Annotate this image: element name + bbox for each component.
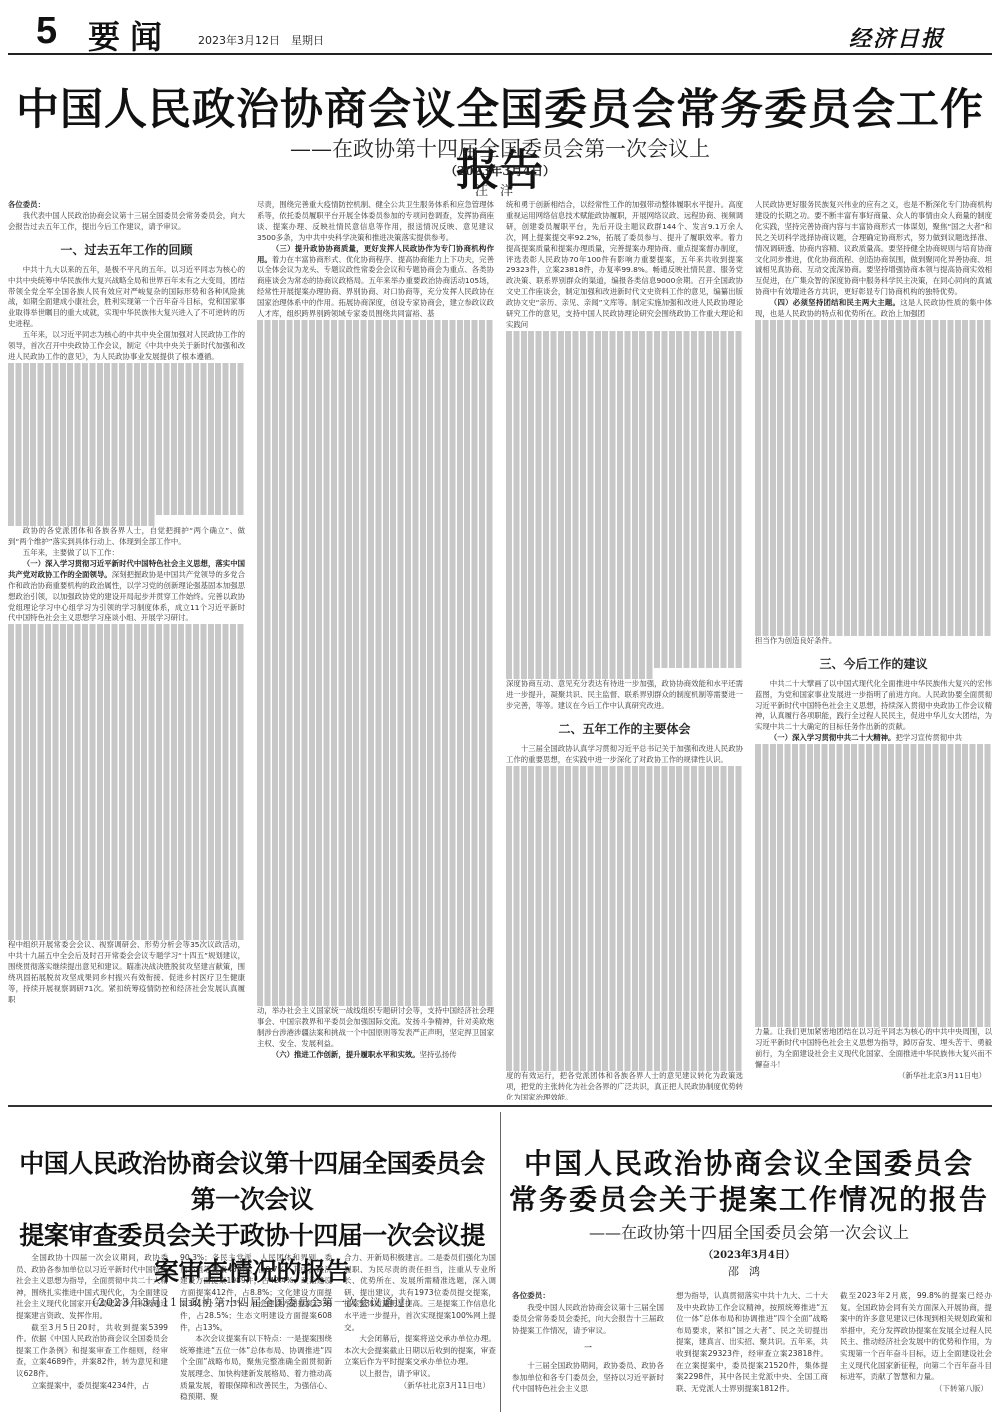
text-line [506,440,743,451]
text-line [8,624,245,635]
text-line [257,418,494,429]
paragraph: 90.3%；各民主党派、人民团体和界别、委员小组等提案455件，占9.7%。其中… [180,1252,332,1333]
text-line [755,462,992,473]
text-line [755,897,992,908]
text-line [8,701,245,712]
column-3: 合力、开新局积极建言。二是委员们强化为国履职、为民尽责的责任担当，注重从专业所长… [344,1252,496,1417]
text-line [755,527,992,538]
text-line [755,581,992,592]
text-line [257,984,494,995]
text-line [257,516,494,527]
dateline: （新华社北京3月11日电） [344,1380,496,1392]
text-line [8,755,245,766]
text-line [8,363,245,374]
text-line [755,407,992,418]
paragraph: 大会闭幕后，提案将送交承办单位办理。本次大会提案截止日期以后收到的提案，审查立案… [344,1333,496,1368]
dateline: （新华社北京3月11日电） [755,1071,992,1082]
paragraph: 程中组织开展常委会会议、视察调研会、形势分析会等35次议政活动，中共十九届五中全… [8,940,245,1005]
newspaper-logo: 经济日报 [849,22,945,53]
text-line [257,385,494,396]
paragraph: 十三届全国政协期间，政协委员、政协各参加单位和各专门委员会，坚持以习近平新时代中… [512,1360,664,1395]
text-line [8,744,245,755]
section-heading-1: 一、过去五年工作的回顾 [8,242,245,258]
text-line [755,440,992,451]
text-line [257,451,494,462]
text-line [755,331,992,342]
text-line [755,614,992,625]
text-line [8,733,245,744]
paragraph: 五年来，以习近平同志为核心的中共中央全面加强对人民政协工作的领导，首次召开中央政… [8,330,245,363]
paragraph: 以上报告，请予审议。 [344,1368,496,1380]
text-line [257,396,494,407]
text-line [257,505,494,516]
column-1: 全国政协十四届一次会议期间，政协委员、政协各参加单位以习近平新时代中国特色社会主… [16,1252,168,1417]
text-line [755,929,992,940]
text-line [755,788,992,799]
text-line [8,679,245,690]
text-line [257,766,494,777]
text-line [506,668,653,679]
text-line [755,875,992,886]
text-line [8,472,245,483]
continued-note: （下转第八版） [840,1383,992,1395]
text-line [755,766,992,777]
text-line [8,853,245,864]
text-line [257,886,494,897]
paragraph: 我受中国人民政治协商会议第十三届全国委员会常务委员会委托，向大会报告十三届政协提… [512,1302,664,1337]
text-line [755,429,992,440]
article-subtitle: ——在政协第十四届全国委员会第一次会议上 [506,1220,992,1243]
text-line [8,766,245,777]
text-line [506,831,743,842]
text-line [8,450,245,461]
paragraph: 十三届全国政协认真学习贯彻习近平总书记关于加强和改进人民政协工作的重要思想，在实… [506,744,743,766]
paragraph: 度的有效运行，把各党派团体和各族各界人士的意见建议转化为政策选项，把党的主张转化… [506,1071,743,1100]
text-line [755,973,992,984]
text-line [506,940,743,951]
paragraph-lead: （六）推进工作创新，提升履职水平和实效。 [272,1050,420,1059]
paragraph: 力量。让我们更加紧密地团结在以习近平同志为核心的中共中央周围，以习近平新时代中国… [755,1027,992,1071]
text-line [755,603,992,614]
text-line [755,842,992,853]
article-body: 各位委员： 我受中国人民政治协商会议第十三届全国委员会常务委员会委托，向大会报告… [512,1290,992,1415]
text-line [257,668,494,679]
text-line [506,766,743,777]
text-line [8,897,245,908]
text-line [755,560,992,571]
text-line [8,820,245,831]
text-line [506,1006,743,1017]
text-line [257,941,494,952]
text-line [8,777,245,788]
paragraph: 动，举办社会主义国家统一战线组织专题研讨会等，支持中国经济社会理事会、中国宗教界… [257,1006,494,1050]
paragraph: 深度协商互动、意见充分表达有待进一步加强，政协协商效能和水平还需进一步提升，凝聚… [506,679,743,712]
text-line [506,647,743,658]
text-line [257,342,494,353]
paragraph: 想为指导，认真贯彻落实中共十九大、二十大及中央政协工作会议精神，按照统筹推进“五… [676,1290,828,1394]
text-line [257,843,494,854]
main-column-2: 尽责，围绕完善重大疫情防控机制、健全公共卫生服务体系和应急管理体系等，依托委员履… [257,200,494,1100]
text-line [8,494,245,505]
text-line [506,353,743,364]
section-heading-3: 三、今后工作的建议 [755,656,992,672]
text-line [755,1016,992,1027]
issue-date: 2023年3月12日 星期日 [198,32,324,48]
text-line [506,853,743,864]
article-author: 邵鸿 [506,1263,992,1279]
main-article-body: 各位委员： 我代表中国人民政治协商会议第十三届全国委员会常务委员会，向大会报告过… [8,200,992,1100]
text-line [506,875,743,886]
text-line [8,722,245,733]
text-line [755,995,992,1006]
text-line [257,788,494,799]
text-line [755,1006,992,1017]
text-line [8,439,245,450]
title-line-2: 常务委员会关于提案工作情况的报告 [506,1182,992,1218]
text-line [506,1027,743,1038]
text-line [755,853,992,864]
paragraph: （四）必须坚持团结和民主两大主题。这是人民政协性质的集中体现，也是人民政协的特点… [755,298,992,320]
text-line [755,418,992,429]
text-line [257,581,494,592]
text-line [8,396,245,407]
article-body: 全国政协十四届一次会议期间，政协委员、政协各参加单位以习近平新时代中国特色社会主… [16,1252,496,1417]
text-line [506,505,743,516]
text-line [257,603,494,614]
text-line [257,821,494,832]
text-line [257,919,494,930]
page-number: 5 [36,10,57,53]
text-line [755,777,992,788]
text-line [257,756,494,767]
text-line [506,570,743,581]
text-line [755,918,992,929]
text-line [8,875,245,886]
salutation: 各位委员： [512,1290,664,1302]
paragraph: 政协的各党派团体和各族各界人士，自觉把拥护“两个确立”、做到“两个维护”落实到具… [8,526,245,548]
text-line [257,636,494,647]
text-line [506,777,743,788]
text-line [506,472,743,483]
text-line [257,560,494,571]
paragraph: 五年来，主要做了以下工作： [8,548,245,559]
paragraph: 合力、开新局积极建言。二是委员们强化为国履职、为民尽责的责任担当，注重从专业所长… [344,1252,496,1333]
text-line [257,854,494,865]
paragraph: 中共二十大擘画了以中国式现代化全面推进中华民族伟大复兴的宏伟蓝图，为党和国家事业… [755,679,992,734]
main-article-subtitle: ——在政协第十四届全国委员会第一次会议上 [0,133,1000,163]
text-line [8,929,245,940]
text-line [257,320,494,331]
text-line [257,745,494,756]
article-date: （2023年3月4日） [506,1246,992,1261]
text-line [8,886,245,897]
text-line [8,657,245,668]
paragraph-lead: （一）深入学习贯彻中共二十大精神。 [770,733,896,742]
text-line [755,744,992,755]
text-line [506,462,743,473]
text-line [257,799,494,810]
text-line [755,864,992,875]
text-line [506,625,743,636]
text-line [8,417,245,428]
text-line [257,647,494,658]
text-line [257,810,494,821]
text-line [257,527,494,538]
text-line [755,809,992,820]
text-line [755,592,992,603]
main-article-date: （2023年3月4日） [0,162,1000,179]
salutation: 各位委员： [8,200,245,211]
text-line [755,396,992,407]
text-line [506,374,743,385]
masthead: 5 要闻 2023年3月12日 星期日 经济日报 [0,0,1000,56]
text-line [257,364,494,375]
text-line [8,461,245,472]
main-column-3: 统和勇于创新相结合，以经常性工作的加强带动整体履职水平提升。高度重视运用网络信息… [506,200,743,1100]
text-line [506,864,743,875]
main-article-author: 汪洋 [0,180,1000,199]
text-line [8,788,245,799]
text-line [755,549,992,560]
text-line [8,646,245,657]
text-line [506,1038,743,1049]
text-line [506,995,743,1006]
column-2: 90.3%；各民主党派、人民团体和界别、委员小组等提案455件，占9.7%。其中… [180,1252,332,1417]
text-line [506,929,743,940]
text-line [257,331,494,342]
paragraph: 截至3月5日20时，共收到提案5399件。依据《中国人民政治协商会议全国委员会提… [16,1322,168,1380]
column-1: 各位委员： 我受中国人民政治协商会议第十三届全国委员会常务委员会委托，向大会报告… [512,1290,664,1415]
text-line [755,951,992,962]
text-line [506,538,743,549]
text-line [8,406,245,417]
text-line [257,549,494,560]
text-line [8,635,245,646]
text-line [506,418,743,429]
text-line [755,385,992,396]
text-line [506,1060,743,1071]
paragraph: 尽责，围绕完善重大疫情防控机制、健全公共卫生服务体系和应急管理体系等，依托委员履… [257,200,494,244]
text-line [506,614,743,625]
text-line [8,918,245,929]
text-line [257,538,494,549]
text-line [257,658,494,669]
column-divider [500,1112,501,1412]
text-line [506,1049,743,1060]
text-line [506,483,743,494]
text-line [755,984,992,995]
text-line [506,364,743,375]
text-line [257,494,494,505]
text-line [506,636,743,647]
text-line [755,886,992,897]
paragraph: 担当作为创造良好条件。 [755,636,992,647]
text-line [257,625,494,636]
text-line [8,483,245,494]
text-line [8,864,245,875]
text-line [257,723,494,734]
text-line [755,342,992,353]
text-line [755,451,992,462]
text-line [506,918,743,929]
text-line [257,897,494,908]
text-line [8,428,245,439]
text-line [506,527,743,538]
text-line [257,777,494,788]
text-line [257,973,494,984]
text-line [506,984,743,995]
text-line [506,886,743,897]
text-line [257,952,494,963]
paragraph-body: 坚持弘扬传 [420,1050,457,1059]
text-line [257,407,494,418]
text-line [506,820,743,831]
text-line [755,799,992,810]
text-line [506,973,743,984]
paragraph: （一）深入学习贯彻中共二十大精神。把学习宣传贯彻中共 [755,733,992,744]
text-line [506,581,743,592]
main-column-1: 各位委员： 我代表中国人民政治协商会议第十三届全国委员会常务委员会，向大会报告过… [8,200,245,1100]
paragraph: 截至2023年2月底，99.8%的提案已经办复。全国政协会同有关方面深入开展协商… [840,1290,992,1383]
masthead-rule [8,53,992,55]
section-title: 要闻 [88,12,172,58]
text-line [506,809,743,820]
text-line [506,396,743,407]
proposal-work-report-article: 中国人民政治协商会议全国委员会 常务委员会关于提案工作情况的报告 ——在政协第十… [506,1110,992,1415]
paragraph-lead: （四）必须坚持团结和民主两大主题。 [770,298,900,307]
text-line [755,364,992,375]
text-line [257,930,494,941]
text-line [257,614,494,625]
text-line [8,810,245,821]
text-line [506,429,743,440]
text-line [506,494,743,505]
text-line [506,842,743,853]
text-line [506,962,743,973]
paragraph: 中共十九大以来的五年，是极不平凡的五年。以习近平同志为核心的中共中央统筹中华民族… [8,265,245,330]
text-line [257,963,494,974]
text-line [257,865,494,876]
title-line-1: 中国人民政治协商会议全国委员会 [506,1146,992,1182]
text-line [257,679,494,690]
text-line [8,668,245,679]
text-line [8,504,245,515]
text-line [755,472,992,483]
text-line [8,374,245,385]
paragraph: 本次会议提案有以下特点：一是提案围绕统筹推进“五位一体”总体布局、协调推进“四个… [180,1333,332,1403]
paragraph: 人民政协更好服务民族复兴伟业的应有之义，也是不断深化专门协商机构建设的长期之功。… [755,200,992,298]
text-line [506,385,743,396]
column-3: 截至2023年2月底，99.8%的提案已经办复。全国政协会同有关方面深入开展协商… [840,1290,992,1415]
text-line [8,712,245,723]
text-line [257,462,494,473]
paragraph: （一）深入学习贯彻习近平新时代中国特色社会主义思想，落实中国共产党对政协工作的全… [8,559,245,624]
text-line [755,831,992,842]
text-line [257,353,494,364]
text-line [257,690,494,701]
article-title: 中国人民政治协商会议全国委员会 常务委员会关于提案工作情况的报告 [506,1146,992,1218]
text-line [755,353,992,364]
section-heading-2: 二、五年工作的主要体会 [506,721,743,737]
text-line [755,940,992,951]
text-line [257,875,494,886]
text-line [8,385,245,396]
paragraph: （六）推进工作创新，提升履职水平和实效。坚持弘扬传 [257,1050,494,1061]
text-line [506,603,743,614]
text-line [257,570,494,581]
text-line [257,472,494,483]
intro-paragraph: 我代表中国人民政治协商会议第十三届全国委员会常务委员会，向大会报告过去五年工作，… [8,211,245,233]
text-line [755,962,992,973]
text-line [8,515,155,526]
text-line [257,440,494,451]
text-line [506,407,743,418]
text-line [8,690,245,701]
text-line [755,570,992,581]
text-line [8,908,245,919]
text-line [506,331,743,342]
text-line [257,374,494,385]
title-line-1: 中国人民政治协商会议第十四届全国委员会第一次会议 [8,1146,496,1218]
text-line [755,820,992,831]
text-line [755,625,992,636]
text-line [506,549,743,560]
text-line [506,897,743,908]
paragraph: 统和勇于创新相结合，以经常性工作的加强带动整体履职水平提升。高度重视运用网络信息… [506,200,743,331]
text-line [755,505,992,516]
paragraph: 全国政协十四届一次会议期间，政协委员、政协各参加单位以习近平新时代中国特色社会主… [16,1252,168,1322]
text-line [506,658,743,669]
paragraph: （三）提升政协协商质量，更好发挥人民政协作为专门协商机构作用。着力在丰富协商形式… [257,244,494,320]
text-line [257,908,494,919]
text-line [506,1016,743,1027]
text-line [506,907,743,918]
text-line [506,788,743,799]
text-line [755,494,992,505]
text-line [8,799,245,810]
main-column-4: 人民政协更好服务民族复兴伟业的应有之义，也是不断深化专门协商机构建设的长期之功。… [755,200,992,1100]
text-line [257,592,494,603]
text-line [257,701,494,712]
text-line [506,592,743,603]
paragraph: 立案提案中，委员提案4234件，占 [16,1380,168,1392]
text-line [506,342,743,353]
text-line [506,560,743,571]
text-line [257,712,494,723]
text-line [257,483,494,494]
column-2: 想为指导，认真贯彻落实中共十九大、二十大及中央政协工作会议精神，按照统筹推进“五… [676,1290,828,1415]
text-line [506,799,743,810]
text-line [755,755,992,766]
text-line [257,995,494,1006]
section-divider [8,1105,992,1107]
text-line [755,374,992,385]
proposal-review-article: 中国人民政治协商会议第十四届全国委员会第一次会议 提案审查委员会关于政协十四届一… [8,1110,496,1415]
paragraph-body: 把学习宣传贯彻中共 [895,733,962,742]
text-line [257,429,494,440]
text-line [8,831,245,842]
text-line [755,538,992,549]
text-line [8,842,245,853]
text-line [755,516,992,527]
section-mark: 一 [512,1342,664,1354]
text-line [755,483,992,494]
text-line [257,832,494,843]
text-line [755,320,992,331]
text-line [506,516,743,527]
paragraph-body: 着力在丰富协商形式、优化协商程序、提高协商能力上下功夫，完善以全体会议为龙头、专… [257,255,494,319]
text-line [257,734,494,745]
